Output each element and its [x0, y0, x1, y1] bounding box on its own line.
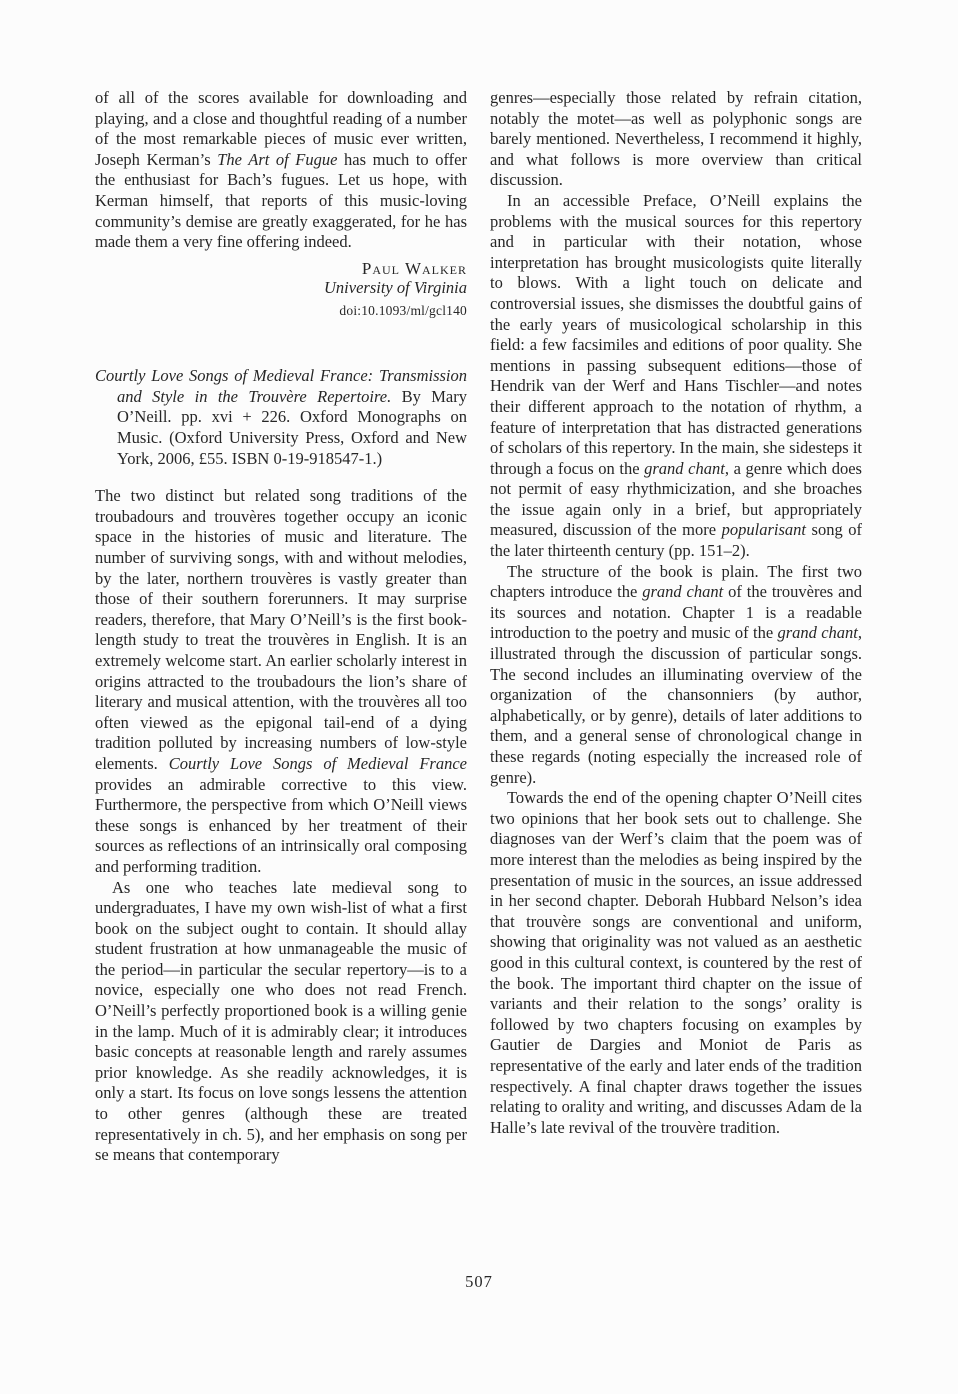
- reviewer-signature: Paul WalkerUniversity of Virginiadoi:10.…: [95, 259, 467, 321]
- left-column: of all of the scores available for downl…: [95, 88, 467, 1166]
- text-run: , illustrated through the discussion of …: [490, 623, 862, 786]
- body-paragraph: As one who teaches late medieval song to…: [95, 878, 467, 1166]
- page-number: 507: [0, 1272, 958, 1292]
- right-column: genres—especially those related by refra…: [490, 88, 862, 1138]
- italic-text: Courtly Love Songs of Medieval France: [169, 754, 467, 773]
- italic-text: grand chant: [644, 459, 725, 478]
- body-paragraph: The structure of the book is plain. The …: [490, 562, 862, 789]
- text-run: The two distinct but related song tradit…: [95, 486, 467, 773]
- body-paragraph: The two distinct but related song tradit…: [95, 486, 467, 877]
- text-run: provides an admirable corrective to this…: [95, 775, 467, 876]
- body-paragraph: of all of the scores available for downl…: [95, 88, 467, 253]
- body-paragraph: In an accessible Preface, O’Neill explai…: [490, 191, 862, 562]
- doi-line: doi:10.1093/ml/gcl140: [95, 301, 467, 321]
- text-run: In an accessible Preface, O’Neill explai…: [490, 191, 862, 478]
- book-citation: Courtly Love Songs of Medieval France: T…: [95, 366, 467, 469]
- journal-page: of all of the scores available for downl…: [0, 0, 958, 1394]
- italic-text: grand chant: [777, 623, 857, 642]
- text-run: genres—especially those related by refra…: [490, 88, 862, 189]
- text-run: Towards the end of the opening chapter O…: [490, 788, 862, 1137]
- body-paragraph: genres—especially those related by refra…: [490, 88, 862, 191]
- body-paragraph: Towards the end of the opening chapter O…: [490, 788, 862, 1138]
- reviewer-affiliation: University of Virginia: [95, 278, 467, 298]
- text-columns: of all of the scores available for downl…: [95, 88, 862, 1166]
- italic-text: grand chant: [642, 582, 723, 601]
- italic-text: The Art of Fugue: [217, 150, 337, 169]
- reviewer-name: Paul Walker: [95, 259, 467, 279]
- text-run: As one who teaches late medieval song to…: [95, 878, 467, 1165]
- italic-text: popularisant: [722, 520, 806, 539]
